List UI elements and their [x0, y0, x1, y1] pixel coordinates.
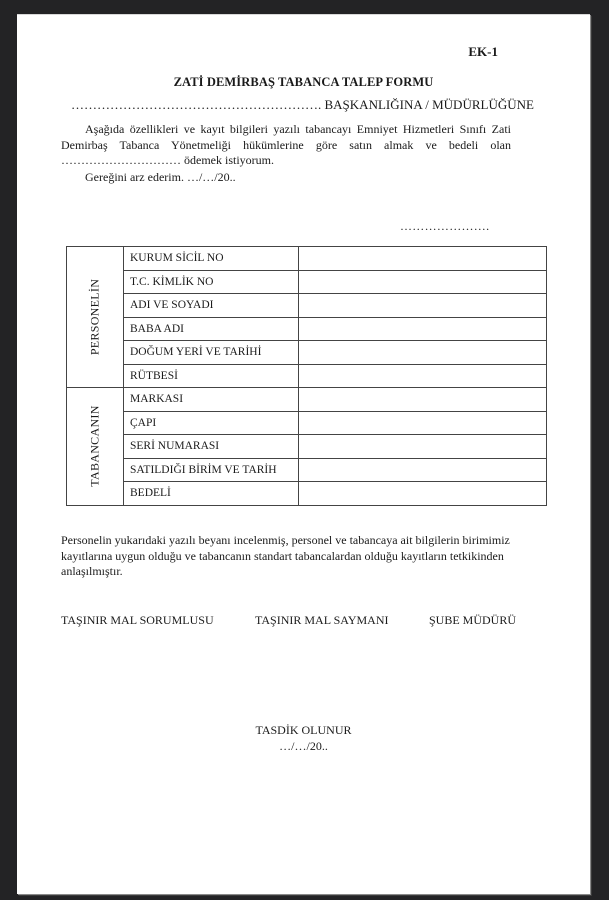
verification-paragraph: Personelin yukarıdaki yazılı beyanı ince… [61, 533, 531, 580]
table-row: TABANCANINMARKASI [67, 388, 547, 412]
request-paragraph-text: Aşağıda özellikleri ve kayıt bilgileri y… [61, 122, 511, 167]
group-header-cell: PERSONELİN [67, 247, 124, 388]
field-label: T.C. KİMLİK NO [124, 270, 299, 294]
field-label: SATILDIĞI BİRİM VE TARİH [124, 458, 299, 482]
table-row: PERSONELİNKURUM SİCİL NO [67, 247, 547, 271]
approval-label: TASDİK OLUNUR [17, 722, 590, 738]
group-label: PERSONELİN [88, 279, 103, 355]
table-row: DOĞUM YERİ VE TARİHİ [67, 341, 547, 365]
field-label: SERİ NUMARASI [124, 435, 299, 459]
table-row: BABA ADI [67, 317, 547, 341]
form-title: ZATİ DEMİRBAŞ TABANCA TALEP FORMU [17, 75, 590, 90]
table-row: BEDELİ [67, 482, 547, 506]
field-value-cell[interactable] [299, 411, 547, 435]
signatory-asset-officer: TAŞINIR MAL SORUMLUSU [61, 613, 214, 628]
field-value-cell[interactable] [299, 294, 547, 318]
table-row: SATILDIĞI BİRİM VE TARİH [67, 458, 547, 482]
approval-block: TASDİK OLUNUR …/…/20.. [17, 722, 590, 754]
field-value-cell[interactable] [299, 341, 547, 365]
table-row: SERİ NUMARASI [67, 435, 547, 459]
field-label: BEDELİ [124, 482, 299, 506]
closing-line: Gereğini arz ederim. …/…/20.. [85, 170, 236, 185]
group-header-cell: TABANCANIN [67, 388, 124, 506]
field-label: ÇAPI [124, 411, 299, 435]
field-value-cell[interactable] [299, 482, 547, 506]
addressee-line: …………………………………………………. BAŞKANLIĞINA / MÜDÜ… [71, 97, 534, 113]
annex-label: EK-1 [468, 44, 498, 60]
field-value-cell[interactable] [299, 247, 547, 271]
signatory-asset-accountant: TAŞINIR MAL SAYMANI [255, 613, 389, 628]
field-label: RÜTBESİ [124, 364, 299, 388]
table-row: T.C. KİMLİK NO [67, 270, 547, 294]
approval-date: …/…/20.. [17, 738, 590, 754]
field-value-cell[interactable] [299, 388, 547, 412]
info-table: PERSONELİNKURUM SİCİL NOT.C. KİMLİK NOAD… [66, 246, 547, 506]
signature-placeholder: …………………. [400, 219, 489, 234]
field-label: DOĞUM YERİ VE TARİHİ [124, 341, 299, 365]
field-label: KURUM SİCİL NO [124, 247, 299, 271]
field-label: BABA ADI [124, 317, 299, 341]
group-label: TABANCANIN [88, 406, 103, 487]
field-label: MARKASI [124, 388, 299, 412]
field-value-cell[interactable] [299, 270, 547, 294]
field-value-cell[interactable] [299, 435, 547, 459]
field-value-cell[interactable] [299, 364, 547, 388]
field-label: ADI VE SOYADI [124, 294, 299, 318]
table-row: ÇAPI [67, 411, 547, 435]
table-row: RÜTBESİ [67, 364, 547, 388]
signatory-branch-manager: ŞUBE MÜDÜRÜ [429, 613, 516, 628]
request-paragraph: Aşağıda özellikleri ve kayıt bilgileri y… [61, 122, 511, 169]
document-page: EK-1 ZATİ DEMİRBAŞ TABANCA TALEP FORMU …… [17, 14, 590, 894]
field-value-cell[interactable] [299, 317, 547, 341]
table-row: ADI VE SOYADI [67, 294, 547, 318]
field-value-cell[interactable] [299, 458, 547, 482]
